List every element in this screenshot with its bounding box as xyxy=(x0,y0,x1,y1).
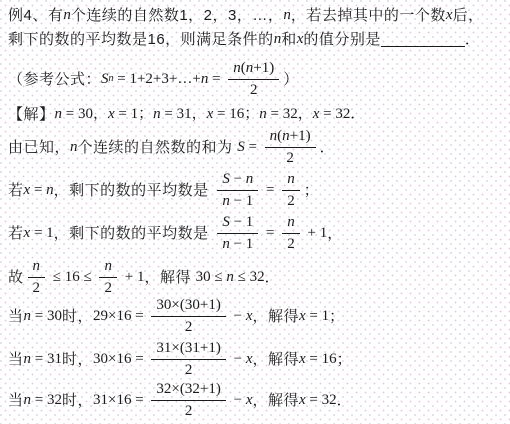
math-segment: S xyxy=(101,70,109,89)
math-segment: x = 1 xyxy=(299,307,329,326)
text-segment: ． xyxy=(465,30,481,49)
case-x-equals-1-line: 若x = 1，剩下的数的平均数是 S − 1n − 1 = n2 + 1， xyxy=(8,212,508,254)
fraction-half-n: n2 xyxy=(282,170,300,211)
fraction-half-n: n2 xyxy=(282,213,300,254)
fraction-denominator: 2 xyxy=(287,234,295,254)
text-segment: ） xyxy=(283,70,299,89)
fraction-numerator: S − n xyxy=(217,170,258,191)
fraction-denominator: 2 xyxy=(185,401,193,421)
math-segment: n xyxy=(201,70,209,89)
text-segment: 剩下的数的平均数是16，则满足条件的 xyxy=(8,30,274,49)
fraction-numerator: n(n+1) xyxy=(265,127,316,148)
fraction-sum-30: 30×(30+1)2 xyxy=(151,296,225,337)
fraction-denominator: 2 xyxy=(185,360,193,380)
math-segment: n = 32 xyxy=(24,391,62,410)
text-segment: ； xyxy=(304,181,320,200)
reference-formula-line: （参考公式：Sn = 1+2+3+…+n = n(n+1)2） xyxy=(8,57,508,101)
fraction-numerator: n xyxy=(282,213,300,234)
answer-blank xyxy=(381,30,465,47)
math-segment: n xyxy=(274,30,282,49)
fraction-half-n: n2 xyxy=(99,257,117,298)
text-segment: ， xyxy=(327,224,343,243)
fraction-numerator: n(n+1) xyxy=(228,59,279,80)
math-segment: x = 1 xyxy=(24,224,54,243)
problem-line-1: 例4、有n个连续的自然数1，2，3，…，n，若去掉其中的一个数x后， xyxy=(8,6,508,25)
case-n-31-line: 当n = 31时，30×16 = 31×(31+1)2 − x，解得x = 16… xyxy=(8,338,508,380)
text-segment: ． xyxy=(320,138,336,157)
text-segment: 时， xyxy=(62,350,93,369)
fraction-numerator: 31×(31+1) xyxy=(151,339,225,360)
text-segment: ； xyxy=(337,350,353,369)
problem-line-2: 剩下的数的平均数是16，则满足条件的n和x的值分别是． xyxy=(8,30,508,49)
solution-label: 【解】 xyxy=(8,105,55,124)
fraction-denominator: 2 xyxy=(185,317,193,337)
fraction-sum-formula: n(n+1)2 xyxy=(228,59,279,100)
text-segment: ，解得 xyxy=(252,307,299,326)
text-segment: 故 xyxy=(8,268,24,287)
fraction-sum-31: 31×(31+1)2 xyxy=(151,339,225,380)
text-segment: ，剩下的数的平均数是 xyxy=(54,224,214,243)
solution-known-sum-line: 由已知，n个连续的自然数的和为 S = n(n+1)2． xyxy=(8,126,508,168)
math-segment: n = 30，x = 1；n = 31，x = 16；n = 32，x = 32… xyxy=(55,105,366,124)
text-segment: ． xyxy=(337,391,353,410)
text-segment: 例4、有 xyxy=(8,6,63,25)
math-segment: = xyxy=(208,70,224,89)
math-segment: 30 ≤ n ≤ 32 xyxy=(196,268,265,287)
text-segment: ，若去掉其中的一个数 xyxy=(291,6,446,25)
text-segment: 当 xyxy=(8,391,24,410)
case-n-30-line: 当n = 30时，29×16 = 30×(30+1)2 − x，解得x = 1； xyxy=(8,295,508,337)
fraction-numerator: n xyxy=(282,170,300,191)
text-segment: 若 xyxy=(8,181,24,200)
math-segment: x = 32 xyxy=(299,391,337,410)
fraction-denominator: 2 xyxy=(250,80,258,100)
fraction-denominator: 2 xyxy=(286,148,294,168)
math-segment: = xyxy=(262,224,278,243)
text-segment: ，解得 xyxy=(252,391,299,410)
text-segment: ，解得 xyxy=(144,268,195,287)
fraction-numerator: 32×(32+1) xyxy=(151,380,225,401)
math-segment: + 1 xyxy=(304,224,327,243)
case-n-32-line: 当n = 32时，31×16 = 32×(32+1)2 − x，解得x = 32… xyxy=(8,379,508,421)
fraction-average: S − 1n − 1 xyxy=(217,213,258,254)
fraction-sum: n(n+1)2 xyxy=(265,127,316,168)
text-segment: 当 xyxy=(8,307,24,326)
math-segment: = xyxy=(262,181,278,200)
text-segment: 的值分别是 xyxy=(303,30,381,49)
math-segment: ≤ 16 ≤ xyxy=(49,268,95,287)
math-segment: 29×16 = xyxy=(93,307,147,326)
math-segment: n = 31 xyxy=(24,350,62,369)
text-segment: 后， xyxy=(453,6,484,25)
math-segment: − x xyxy=(230,307,253,326)
text-segment: ； xyxy=(329,307,345,326)
math-segment: n xyxy=(70,138,78,157)
fraction-numerator: n xyxy=(99,257,117,278)
text-segment: 个连续的自然数1，2，3，…， xyxy=(71,6,284,25)
fraction-numerator: S − 1 xyxy=(217,213,258,234)
text-segment: 时， xyxy=(62,307,93,326)
math-segment: − x xyxy=(230,391,253,410)
math-segment: = 1+2+3+…+ xyxy=(114,70,201,89)
math-segment: x = n xyxy=(24,181,54,200)
math-segment: 31×16 = xyxy=(93,391,147,410)
text-segment: ． xyxy=(265,268,281,287)
text-segment: 若 xyxy=(8,224,24,243)
fraction-denominator: 2 xyxy=(287,191,295,211)
solution-header-line: 【解】n = 30，x = 1；n = 31，x = 16；n = 32，x =… xyxy=(8,104,508,124)
text-segment: 时， xyxy=(62,391,93,410)
math-segment: x xyxy=(297,30,304,49)
math-segment: S = xyxy=(237,138,260,157)
fraction-average: S − nn − 1 xyxy=(217,170,258,211)
math-segment: x = 16 xyxy=(299,350,337,369)
fraction-numerator: 30×(30+1) xyxy=(151,296,225,317)
math-segment: n xyxy=(283,6,291,25)
math-segment: − x xyxy=(230,350,253,369)
text-segment: 个连续的自然数的和为 xyxy=(78,138,238,157)
fraction-numerator: n xyxy=(28,257,46,278)
fraction-denominator: n − 1 xyxy=(222,234,253,254)
math-segment: n = 30 xyxy=(24,307,62,326)
fraction-denominator: n − 1 xyxy=(222,191,253,211)
math-segment: 30×16 = xyxy=(93,350,147,369)
math-worksheet: 例4、有n个连续的自然数1，2，3，…，n，若去掉其中的一个数x后， 剩下的数的… xyxy=(0,0,510,424)
fraction-sum-32: 32×(32+1)2 xyxy=(151,380,225,421)
text-segment: ，剩下的数的平均数是 xyxy=(54,181,214,200)
math-segment: n xyxy=(63,6,71,25)
math-segment: x xyxy=(446,6,453,25)
text-segment: 由已知， xyxy=(8,138,70,157)
text-segment: （参考公式： xyxy=(8,70,101,89)
inequality-line: 故n2 ≤ 16 ≤ n2 + 1，解得 30 ≤ n ≤ 32． xyxy=(8,256,508,298)
math-segment: + 1 xyxy=(121,268,144,287)
text-segment: ，解得 xyxy=(252,350,299,369)
text-segment: 当 xyxy=(8,350,24,369)
text-segment: 和 xyxy=(281,30,297,49)
fraction-half-n: n2 xyxy=(28,257,46,298)
case-x-equals-n-line: 若x = n，剩下的数的平均数是 S − nn − 1 = n2； xyxy=(8,169,508,211)
